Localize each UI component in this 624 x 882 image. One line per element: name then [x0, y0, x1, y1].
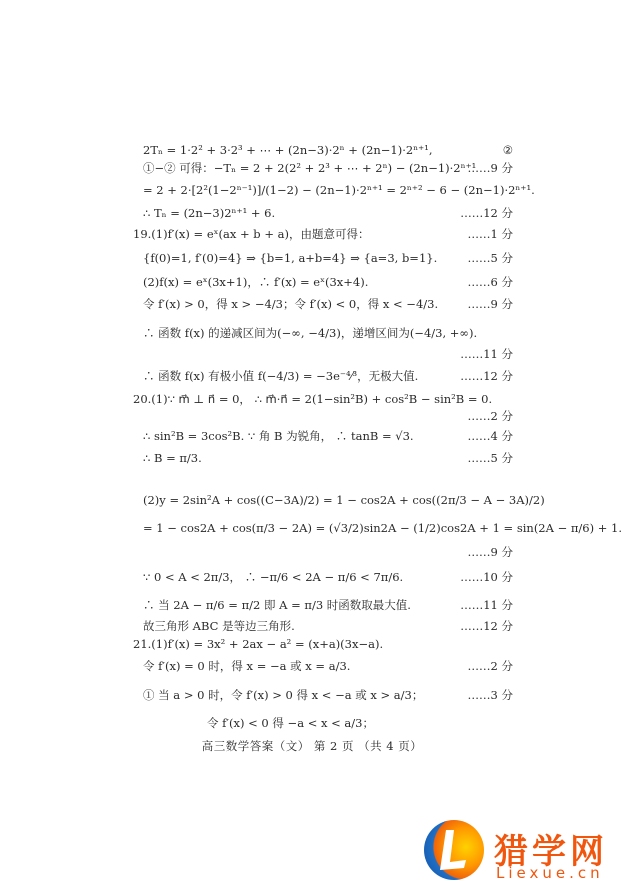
line-text: ∴ 函数 f(x) 有极小值 f(−4/3) = −3e⁻⁴⁄³，无极大值. [143, 368, 418, 384]
line-text: ∵ 0 < A < 2π/3， ∴ −π/6 < 2A − π/6 < 7π/6… [143, 569, 403, 585]
book-l-icon [438, 828, 468, 872]
line-text: (2)y = 2sin²A + cos((C−3A)/2) = 1 − cos2… [143, 492, 545, 508]
line-text: 19.(1)f′(x) = eˣ(ax + b + a)，由题意可得： [133, 226, 369, 242]
score-mark: ……11 分 [460, 597, 513, 613]
liexue-watermark-logo: 猎学网 Liexue.cn [424, 820, 624, 882]
score-mark: ……11 分 [460, 346, 513, 362]
line-text: ① 当 a > 0 时，令 f′(x) > 0 得 x < −a 或 x > a… [143, 687, 423, 703]
score-mark: ……4 分 [468, 428, 513, 444]
line-text: 2Tₙ = 1·2² + 3·2³ + ⋯ + (2n−3)·2ⁿ + (2n−… [143, 142, 433, 158]
line-text: = 2 + 2·[2²(1−2ⁿ⁻¹)]/(1−2) − (2n−1)·2ⁿ⁺¹… [143, 182, 535, 198]
score-mark: ……9 分 [468, 160, 513, 176]
line-text: ∴ Tₙ = (2n−3)2ⁿ⁺¹ + 6. [143, 205, 275, 221]
answer-sheet-page: 2Tₙ = 1·2² + 3·2³ + ⋯ + (2n−3)·2ⁿ + (2n−… [0, 0, 624, 882]
line-text: 令 f′(x) = 0 时，得 x = −a 或 x = a/3. [143, 658, 350, 674]
line-text: 令 f′(x) > 0，得 x > −4/3；令 f′(x) < 0，得 x <… [143, 296, 438, 312]
score-mark: ……12 分 [460, 205, 513, 221]
score-mark: ……6 分 [468, 274, 513, 290]
line-text: ∴ 函数 f(x) 的递减区间为(−∞, −4/3)，递增区间为(−4/3, +… [143, 325, 477, 341]
page-footer: 高三数学答案（文） 第 2 页 （共 4 页） [0, 738, 624, 754]
line-text: = 1 − cos2A + cos(π/3 − 2A) = (√3/2)sin2… [143, 520, 622, 536]
line-text: ∴ sin²B = 3cos²B. ∵ 角 B 为锐角， ∴ tanB = √3… [143, 428, 414, 444]
line-text: {f(0)=1, f′(0)=4} ⇒ {b=1, a+b=4} ⇒ {a=3,… [143, 250, 437, 266]
score-mark: ……10 分 [460, 569, 513, 585]
score-mark: ……9 分 [468, 296, 513, 312]
line-text: 20.(1)∵ m⃗ ⊥ n⃗ = 0， ∴ m⃗·n⃗ = 2(1−sin²B… [133, 391, 492, 407]
score-mark: ……5 分 [468, 450, 513, 466]
score-mark: ……2 分 [468, 658, 513, 674]
line-text: 故三角形 ABC 是等边三角形. [143, 618, 295, 634]
logo-name-en: Liexue.cn [496, 864, 604, 882]
score-mark: ……5 分 [468, 250, 513, 266]
score-mark: ……12 分 [460, 368, 513, 384]
line-text: 21.(1)f′(x) = 3x² + 2ax − a² = (x+a)(3x−… [133, 636, 383, 652]
score-mark: ……9 分 [468, 544, 513, 560]
score-mark: ……3 分 [468, 687, 513, 703]
score-mark: ……2 分 [468, 408, 513, 424]
line-text: ①−② 可得：−Tₙ = 2 + 2(2² + 2³ + ⋯ + 2ⁿ) − (… [143, 160, 476, 176]
line-text: 令 f′(x) < 0 得 −a < x < a/3； [207, 715, 374, 731]
equation-marker: ② [503, 142, 513, 158]
line-text: (2)f(x) = eˣ(3x+1)，∴ f′(x) = eˣ(3x+4). [143, 274, 368, 290]
score-mark: ……12 分 [460, 618, 513, 634]
line-text: ∴ B = π/3. [143, 450, 202, 466]
score-mark: ……1 分 [468, 226, 513, 242]
line-text: ∴ 当 2A − π/6 = π/2 即 A = π/3 时函数取最大值. [143, 597, 411, 613]
